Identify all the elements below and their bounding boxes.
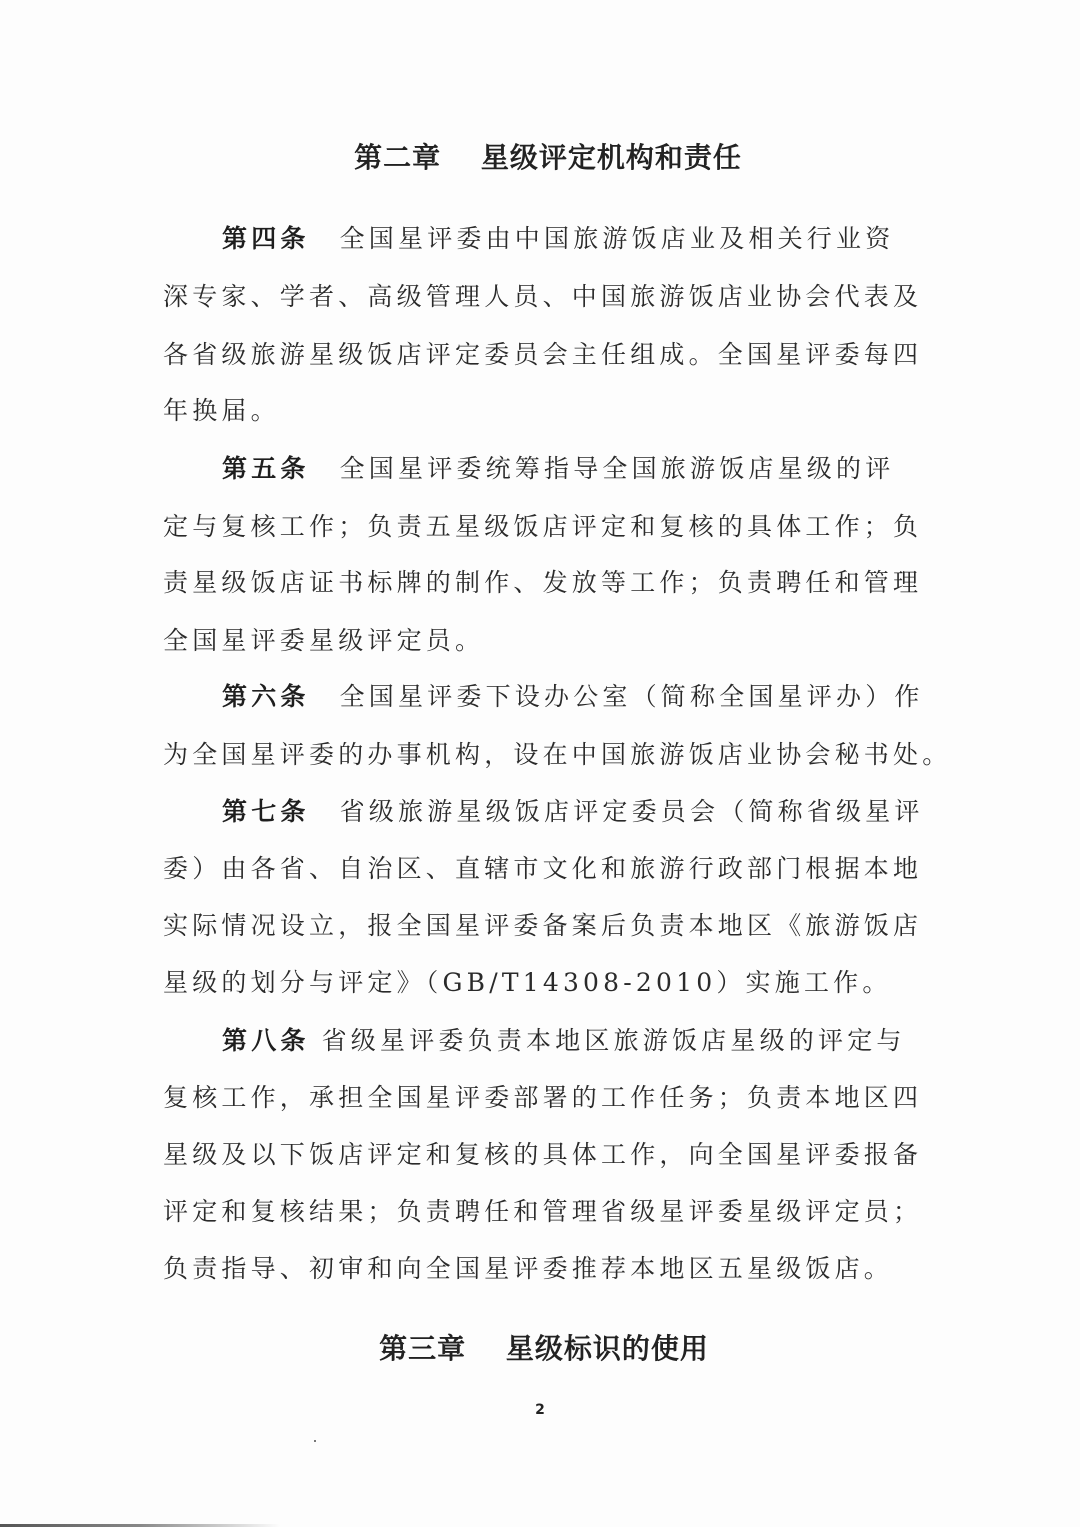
article-5-line-3: 责星级饭店证书标牌的制作、发放等工作；负责聘任和管理 — [163, 566, 922, 600]
chapter-2-heading: 第二章 星级评定机构和责任 — [8, 136, 1080, 176]
article-5-line-1: 第五条全国星评委统筹指导全国旅游饭店星级的评 — [222, 452, 894, 486]
chapter-3-heading: 第三章 星级标识的使用 — [4, 1327, 1080, 1367]
article-7-line-4: 星级的划分与评定》（GB/T14308-2010）实施工作。 — [163, 966, 892, 1000]
article-7-label: 第七条 — [222, 797, 310, 826]
article-4-label: 第四条 — [222, 224, 310, 253]
article-8-line-4: 评定和复核结果；负责聘任和管理省级星评委星级评定员； — [163, 1195, 922, 1229]
document-page: 第二章 星级评定机构和责任 第四条全国星评委由中国旅游饭店业及相关行业资 深专家… — [0, 0, 1080, 1527]
page-number: 2 — [0, 1402, 1080, 1418]
article-7-line-1: 第七条省级旅游星级饭店评定委员会（简称省级星评 — [222, 795, 924, 829]
article-8-line-1: 第八条省级星评委负责本地区旅游饭店星级的评定与 — [222, 1024, 906, 1058]
article-6-line-2: 为全国星评委的办事机构，设在中国旅游饭店业协会秘书处。 — [163, 738, 951, 772]
article-7-line-3: 实际情况设立，报全国星评委备案后负责本地区《旅游饭店 — [163, 909, 922, 943]
article-8-label: 第八条 — [222, 1026, 310, 1055]
scan-speck — [314, 1440, 316, 1442]
article-4-line-1: 第四条全国星评委由中国旅游饭店业及相关行业资 — [222, 222, 894, 256]
article-6-label: 第六条 — [222, 682, 310, 711]
article-5-line-4: 全国星评委星级评定员。 — [163, 624, 484, 658]
article-5-line-2: 定与复核工作；负责五星级饭店评定和复核的具体工作；负 — [163, 510, 922, 544]
article-4-line-4: 年换届。 — [163, 394, 280, 428]
article-8-line-2: 复核工作，承担全国星评委部署的工作任务；负责本地区四 — [163, 1081, 922, 1115]
article-6-line-1: 第六条全国星评委下设办公室（简称全国星评办）作 — [222, 680, 924, 714]
article-8-line-3: 星级及以下饭店评定和复核的具体工作，向全国星评委报备 — [163, 1138, 922, 1172]
article-7-line-2: 委）由各省、自治区、直辖市文化和旅游行政部门根据本地 — [163, 852, 922, 886]
article-5-label: 第五条 — [222, 454, 310, 483]
article-8-line-5: 负责指导、初审和向全国星评委推荐本地区五星级饭店。 — [163, 1252, 893, 1286]
article-4-line-3: 各省级旅游星级饭店评定委员会主任组成。全国星评委每四 — [163, 338, 922, 372]
article-4-line-2: 深专家、学者、高级管理人员、中国旅游饭店业协会代表及 — [163, 280, 922, 314]
